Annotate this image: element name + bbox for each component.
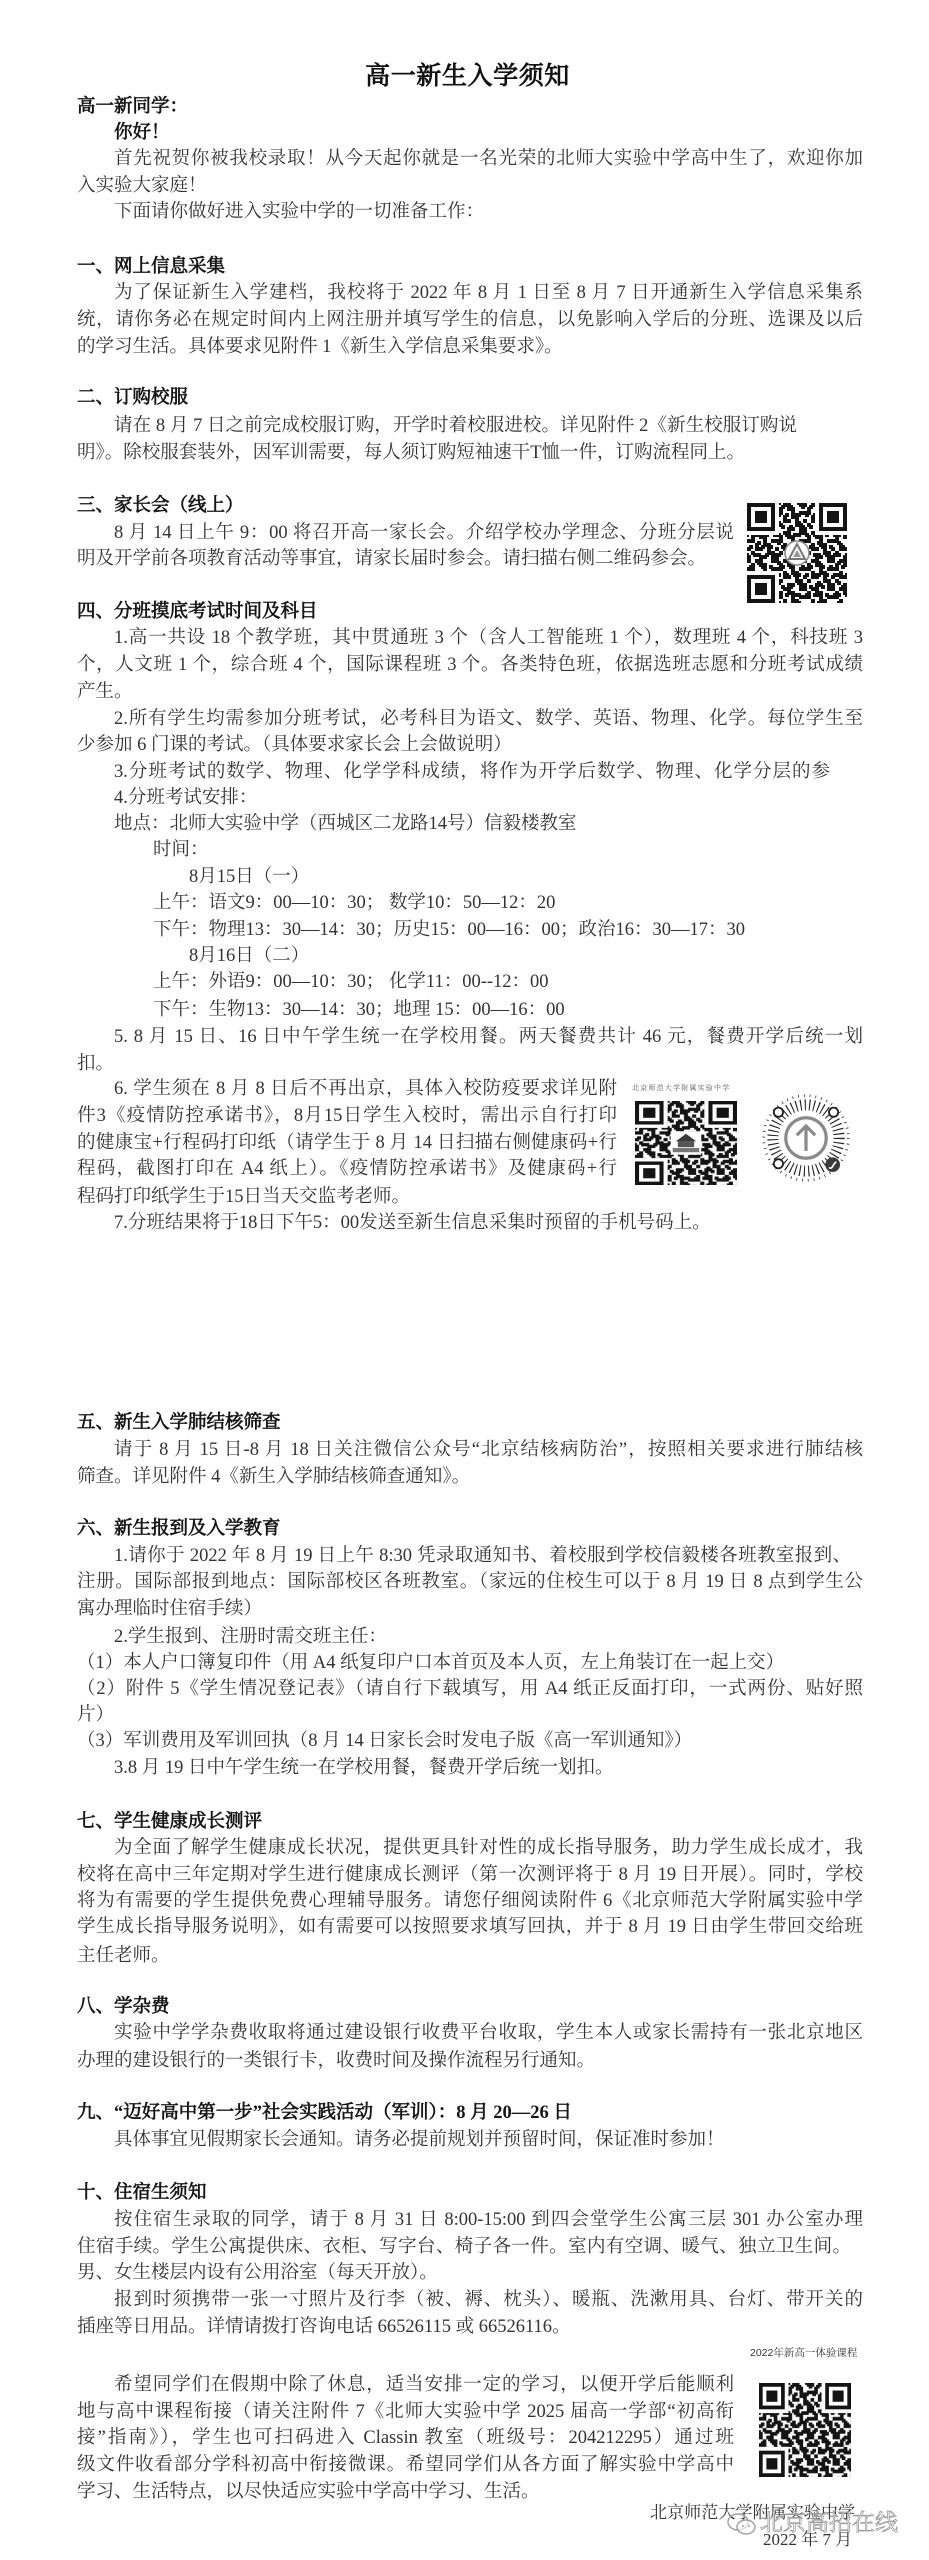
parent-meeting-qr-code-icon — [747, 503, 847, 603]
text-line: 按住宿生录取的同学，请于 8 月 31 日 8:00-15:00 到四会堂学生公… — [114, 2207, 863, 2234]
text-line: 片） — [77, 1702, 114, 1729]
text-line: 明》。除校服套装外，因军训需要，每人须订购短袖速干T恤一件，订购流程同上。 — [77, 440, 745, 467]
text-line: 男、女生楼层内设有公用浴室（每天开放）。 — [77, 2260, 438, 2287]
text-line: 报到时须携带一张一寸照片及行李（被、褥、枕头）、暖瓶、洗漱用具、台灯、带开关的 — [114, 2287, 863, 2314]
text-line: 个，人文班 1 个，综合班 4 个，国际课程班 3 个。各类特色班，依据选班志愿… — [77, 652, 863, 679]
trial-course-qr-caption: 2022年新高一体验课程 — [750, 2346, 857, 2360]
text-line: 学习、生活特点，以尽快适应实验中学高中学习、生活。 — [77, 2479, 540, 2506]
text-line: 为了保证新生入学建档，我校将于 2022 年 8 月 1 日至 8 月 7 日开… — [114, 280, 863, 307]
text-line: 3.分班考试的数学、物理、化学学科成绩，将作为开学后数学、物理、化学分层的参考。 — [114, 759, 830, 786]
chat-bubble-icon — [726, 2512, 758, 2536]
salutation: 你好！ — [114, 120, 170, 147]
section-heading: 八、学杂费 — [77, 1994, 170, 2021]
text-line: 扣。 — [77, 1051, 114, 1078]
text-line: 筛查。详见附件 4《新生入学肺结核筛查通知》。 — [77, 1464, 470, 1491]
section-heading: 五、新生入学肺结核筛查 — [77, 1410, 281, 1437]
text-line: 程码打印纸学生于15日当天交监考老师。 — [77, 1184, 410, 1211]
text-line: （1）本人户口簿复印件（用 A4 纸复印户口本首页及本人页，左上角装订在一起上交… — [77, 1650, 784, 1677]
text-line: 主任老师。 — [77, 1943, 170, 1970]
section-heading: 十、住宿生须知 — [77, 2180, 207, 2207]
section-heading: 四、分班摸底考试时间及科目 — [77, 599, 318, 626]
text-line: 程码，截图打印在 A4 纸上）。《疫情防控承诺书》及健康码+行 — [77, 1156, 617, 1183]
text-line: 1.请你于 2022 年 8 月 19 日上午 8:30 凭录取通知书、着校服到… — [114, 1543, 851, 1570]
text-line: 5. 8 月 15 日、16 日中午学生统一在学校用餐。两天餐费共计 46 元，… — [114, 1024, 863, 1051]
text-line: 4.分班考试安排： — [114, 785, 257, 812]
text-line: 请在 8 月 7 日之前完成校服订购，开学时着校服进校。详见附件 2《新生校服订… — [114, 413, 797, 440]
trial-course-qr-code-icon — [759, 2383, 851, 2477]
text-line: 插座等日用品。详情请拨打咨询电话 66526115 或 66526116。 — [77, 2314, 571, 2341]
exam-afternoon: 下午：生物13：30—14：30；地理 15：00—16：00 — [153, 997, 565, 1024]
text-line: （2）附件 5《学生情况登记表》（请自行下载填写，用 A4 纸正反面打印，一式两… — [77, 1676, 863, 1703]
text-line: 实验中学学杂费收取将通过建设银行收费平台收取，学生本人或家长需持有一张北京地区 — [114, 2020, 863, 2047]
text-line: 的健康宝+行程码打印纸（请学生于 8 月 14 日扫描右侧健康码+行 — [77, 1130, 617, 1157]
text-line: 3.8 月 19 日中午学生统一在学校用餐，餐费开学后统一划扣。 — [114, 1755, 614, 1782]
text-line: 入实验大家庭！ — [77, 173, 207, 200]
text-line: 注册。国际部报到地点：国际部校区各班教室。（家远的住校生可以于 8 月 19 日… — [77, 1569, 863, 1596]
text-line: 接”指南》），学生也可扫码进入 Classin 教室（班级号：204212295… — [77, 2425, 734, 2452]
health-code-qr-code-icon — [635, 1101, 737, 1185]
text-line: 统，请你务必在规定时间内上网注册并填写学生的信息，以免影响入学后的分班、选课及以… — [77, 307, 863, 334]
document-title: 高一新生入学须知 — [3, 60, 929, 92]
text-line: 2.学生报到、注册时需交班主任： — [114, 1624, 387, 1651]
trip-code-mini-program-code-icon — [760, 1092, 852, 1184]
text-line: 住宿手续。学生公寓提供床、衣柜、写字台、椅子各一件。室内有空调、暖气、独立卫生间… — [77, 2234, 851, 2261]
exam-afternoon: 下午：物理13：30—14：30；历史15：00—16：00；政治16：30—1… — [153, 917, 745, 944]
health-qr-caption: 北京师范大学附属实验中学 — [632, 1083, 730, 1093]
text-line: 1.高一共设 18 个教学班，其中贯通班 3 个（含人工智能班 1 个），数理班… — [114, 625, 863, 652]
text-line: 明及开学前各项教育活动等事宜，请家长届时参会。请扫描右侧二维码参会。 — [77, 546, 706, 573]
text-line: 为全面了解学生健康成长状况，提供更具针对性的成长指导服务，助力学生成长成才，我 — [114, 1835, 863, 1862]
exam-morning: 上午：外语9：00—10：30； 化学11：00--12：00 — [153, 969, 549, 996]
exam-day-date: 8月16日（二） — [189, 943, 309, 970]
section-heading: 九、“迈好高中第一步”社会实践活动（军训）：8 月 20—26 日 — [77, 2100, 572, 2127]
text-line: 2.所有学生均需参加分班考试，必考科目为语文、数学、英语、物理、化学。每位学生至 — [114, 706, 863, 733]
text-line: 下面请你做好进入实验中学的一切准备工作： — [114, 199, 484, 226]
watermark-text: 北京高招在线 — [760, 2508, 898, 2536]
text-line: 8 月 14 日上午 9：00 将召开高一家长会。介绍学校办学理念、分班分层说 — [114, 520, 734, 547]
text-line: 希望同学们在假期中除了休息，适当安排一定的学习，以便开学后能顺利 — [114, 2372, 734, 2399]
text-line: 级文件收看部分学科初高中衔接微课。希望同学们从各方面了解实验中学高中 — [77, 2452, 734, 2479]
section-heading: 一、网上信息采集 — [77, 254, 225, 281]
greeting: 高一新同学： — [77, 94, 188, 121]
text-line: 将为有需要的学生提供免费心理辅导服务。请您仔细阅读附件 6《北京师范大学附属实验… — [77, 1888, 863, 1915]
text-line: 产生。 — [77, 679, 133, 706]
section-heading: 二、订购校服 — [77, 385, 188, 412]
text-line: 寓办理临时住宿手续） — [77, 1596, 262, 1623]
text-line: 的学习生活。具体要求见附件 1《新生入学信息采集要求》。 — [77, 334, 563, 361]
exam-location: 地点：北师大实验中学（西城区二龙路14号）信毅楼教室 — [114, 811, 577, 838]
text-line: 具体事宜见假期家长会通知。请务必提前规划并预留时间，保证准时参加！ — [114, 2127, 725, 2154]
text-line: （3）军训费用及军训回执（8 月 14 日家长会时发电子版《高一军训通知》） — [77, 1728, 692, 1755]
text-line: 校将在高中三年定期对学生进行健康成长测评（第一次测评将于 8 月 19 日开展）… — [77, 1862, 863, 1889]
text-line: 请于 8 月 15 日-8 月 18 日关注微信公众号“北京结核病防治”，按照相… — [114, 1437, 863, 1464]
section-heading: 三、家长会（线上） — [77, 493, 244, 520]
exam-time-label: 时间： — [153, 837, 209, 864]
text-line: 少参加 6 门课的考试。（具体要求家长会上会做说明） — [77, 732, 512, 759]
text-line: 办理的建设银行的一类银行卡，收费时间及操作流程另行通知。 — [77, 2048, 595, 2075]
exam-day-date: 8月15日（一） — [189, 864, 309, 891]
text-line: 地与高中课程衔接（请关注附件 7《北师大实验中学 2025 届高一学部“初高衔 — [77, 2399, 734, 2426]
section-heading: 七、学生健康成长测评 — [77, 1809, 262, 1836]
text-line: 学生成长指导服务说明》，如有需要可以按照要求填写回执，并于 8 月 19 日由学… — [77, 1914, 863, 1941]
text-line: 7.分班结果将于18日下午5：00发送至新生信息采集时预留的手机号码上。 — [114, 1210, 711, 1237]
notice-page: 高一新生入学须知 高一新同学： 你好！ 首先祝贺你被我校录取！从今天起你就是一名… — [0, 0, 929, 2560]
exam-morning: 上午：语文9：00—10：30； 数学10：50—12：20 — [153, 890, 555, 917]
text-line: 首先祝贺你被我校录取！从今天起你就是一名光荣的北师大实验中学高中生了，欢迎你加 — [114, 146, 863, 173]
text-line: 件3《疫情防控承诺书》，8月15日学生入校时，需出示自行打印 — [77, 1103, 617, 1130]
text-line: 6. 学生须在 8 月 8 日后不再出京，具体入校防疫要求详见附 — [114, 1076, 617, 1103]
section-heading: 六、新生报到及入学教育 — [77, 1516, 281, 1543]
